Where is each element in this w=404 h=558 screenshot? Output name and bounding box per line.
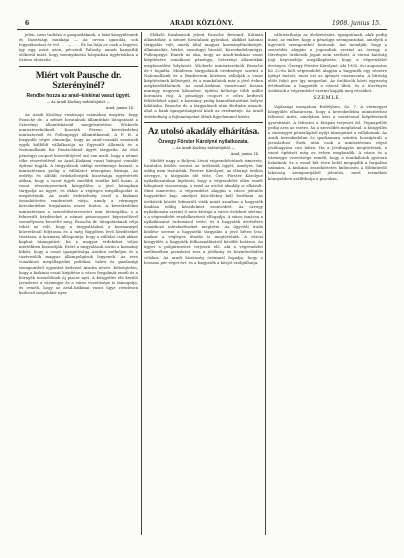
column-divider bbox=[265, 32, 266, 535]
column-2: Előkelő bizalmasok jelent Pausche Bernar… bbox=[144, 32, 263, 535]
article-headline: Miért volt Pausche dr. Szterényinél? bbox=[19, 71, 138, 91]
dateline-place-date: Arad, junius 14. bbox=[144, 152, 259, 157]
article-continuation: változtathatja az életbevásárt, igazgató… bbox=[268, 32, 387, 93]
article-body: Vajdasági mozgalom Erdélyben, Sz. 7. A v… bbox=[268, 104, 387, 180]
article-continuation: jelen, nem tudtára a gazgazdáknak, a lak… bbox=[19, 32, 138, 63]
article-body: Mielőtt nagy a Bolyvai Lévai végrendelet… bbox=[144, 158, 263, 265]
dateline-source: — Az Aradi Közlöny tudósítójától. — bbox=[144, 146, 263, 151]
article-subheadline: Özvegy Förster Károlyné nyilatkozata. bbox=[144, 139, 263, 145]
article-separator bbox=[144, 122, 263, 123]
column-divider bbox=[141, 32, 142, 535]
newspaper-page: 6 ARADI KÖZLÖNY. 1908. junius 15. jelen,… bbox=[17, 19, 387, 549]
section-headline: SZEMLE. bbox=[268, 96, 387, 101]
issue-date: 1908. junius 15. bbox=[332, 20, 381, 27]
article-separator bbox=[19, 66, 138, 67]
article-continuation: Előkelő bizalmasok jelent Pausche Bernar… bbox=[144, 32, 263, 119]
article-subheadline: Rendbe hozza az arad–kiskinai vasut ügyé… bbox=[19, 93, 138, 99]
article-body: Az Aradi Közlöny vasárnapi számában megí… bbox=[19, 112, 138, 295]
column-3: változtathatja az életbevásárt, igazgató… bbox=[268, 32, 387, 535]
masthead: 6 ARADI KÖZLÖNY. 1908. junius 15. bbox=[17, 19, 387, 30]
column-1: jelen, nem tudtára a gazgazdáknak, a lak… bbox=[19, 32, 138, 535]
dateline-place-date: Arad, junius 14. bbox=[19, 106, 134, 111]
dateline-source: — Az Aradi Közlöny tudósítójától. — bbox=[19, 100, 138, 105]
article-headline: Az utolsó akadály elhárítása. bbox=[144, 127, 263, 137]
